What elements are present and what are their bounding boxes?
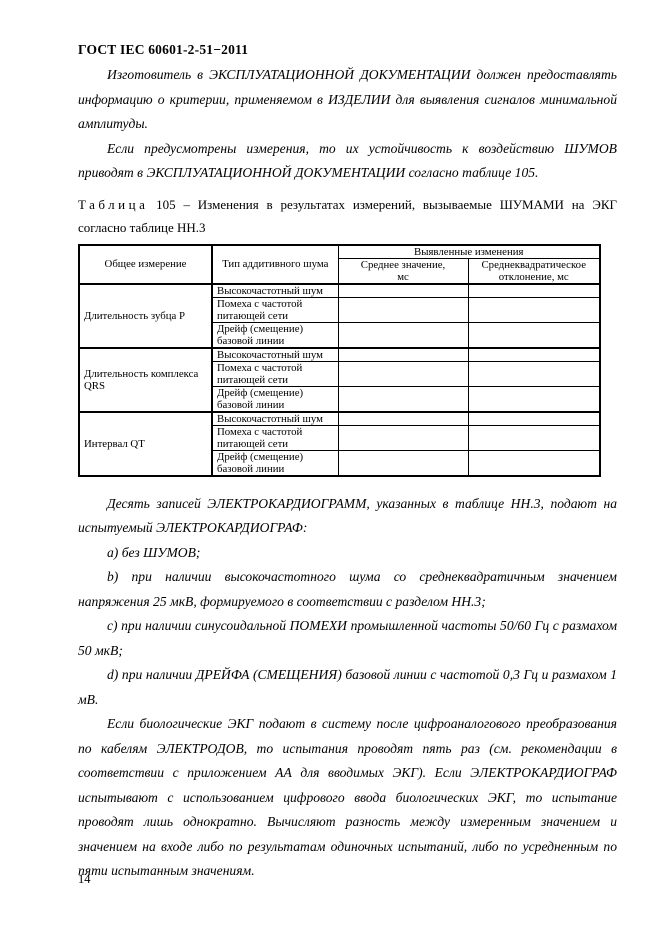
document-page: ГОСТ IEC 60601-2-51−2011 Изготовитель в … [0, 0, 661, 884]
mean-value-cell [338, 284, 468, 298]
list-item-b: b) при наличии высокочастотного шума со … [78, 565, 617, 614]
rms-value-cell [468, 284, 600, 298]
rms-value-cell [468, 361, 600, 386]
list-item-c: c) при наличии синусоидальной ПОМЕХИ про… [78, 614, 617, 663]
measurement-cell: Длительность комплекса QRS [79, 348, 212, 412]
rms-value-cell [468, 412, 600, 426]
header-measurement: Общее измерение [79, 245, 212, 284]
noise-type-cell: Высокочастотный шум [212, 412, 338, 426]
mean-value-cell [338, 450, 468, 476]
measurement-cell: Длительность зубца Р [79, 284, 212, 348]
paragraph: Если биологические ЭКГ подают в систему … [78, 712, 617, 884]
mean-value-cell [338, 361, 468, 386]
table-row: Длительность зубца Р Высокочастотный шум [79, 284, 600, 298]
page-number: 14 [78, 872, 91, 887]
noise-type-cell: Дрейф (смещение) базовой линии [212, 386, 338, 412]
table-caption: Таблица 105 – Изменения в результатах из… [78, 193, 617, 239]
list-item-a: a) без ШУМОВ; [78, 541, 617, 566]
procedure-section: Десять записей ЭЛЕКТРОКАРДИОГРАММ, указа… [78, 492, 617, 884]
rms-value-cell [468, 322, 600, 348]
table-group-qt: Интервал QT Высокочастотный шум Помеха с… [79, 412, 600, 476]
document-header: ГОСТ IEC 60601-2-51−2011 [78, 42, 617, 58]
header-changes-group: Выявленные изменения [338, 245, 600, 259]
rms-value-cell [468, 386, 600, 412]
rms-value-cell [468, 297, 600, 322]
noise-type-cell: Дрейф (смещение) базовой линии [212, 450, 338, 476]
rms-value-cell [468, 425, 600, 450]
mean-value-cell [338, 412, 468, 426]
mean-value-cell [338, 348, 468, 362]
list-item-d: d) при наличии ДРЕЙФА (СМЕЩЕНИЯ) базовой… [78, 663, 617, 712]
noise-type-cell: Помеха с частотой питающей сети [212, 361, 338, 386]
measurement-table: Общее измерение Тип аддитивного шума Выя… [78, 244, 601, 477]
table-row: Длительность комплекса QRS Высокочастотн… [79, 348, 600, 362]
mean-value-cell [338, 425, 468, 450]
paragraph: Изготовитель в ЭКСПЛУАТАЦИОННОЙ ДОКУМЕНТ… [78, 63, 617, 137]
mean-value-cell [338, 322, 468, 348]
measurement-cell: Интервал QT [79, 412, 212, 476]
mean-value-cell [338, 297, 468, 322]
table-caption-number: 105 [156, 197, 176, 212]
table-group-p-wave: Длительность зубца Р Высокочастотный шум… [79, 284, 600, 348]
noise-type-cell: Помеха с частотой питающей сети [212, 297, 338, 322]
header-mean: Среднее значение, мс [338, 258, 468, 284]
paragraph: Если предусмотрены измерения, то их усто… [78, 137, 617, 186]
header-noise-type: Тип аддитивного шума [212, 245, 338, 284]
table-row: Интервал QT Высокочастотный шум [79, 412, 600, 426]
table-caption-label: Таблица [78, 197, 148, 212]
table-group-qrs: Длительность комплекса QRS Высокочастотн… [79, 348, 600, 412]
rms-value-cell [468, 450, 600, 476]
header-rms: Среднеквадратическое отклонение, мс [468, 258, 600, 284]
noise-type-cell: Высокочастотный шум [212, 348, 338, 362]
table-header: Общее измерение Тип аддитивного шума Выя… [79, 245, 600, 284]
intro-section: Изготовитель в ЭКСПЛУАТАЦИОННОЙ ДОКУМЕНТ… [78, 63, 617, 186]
noise-type-cell: Высокочастотный шум [212, 284, 338, 298]
mean-value-cell [338, 386, 468, 412]
paragraph: Десять записей ЭЛЕКТРОКАРДИОГРАММ, указа… [78, 492, 617, 541]
rms-value-cell [468, 348, 600, 362]
noise-type-cell: Дрейф (смещение) базовой линии [212, 322, 338, 348]
noise-type-cell: Помеха с частотой питающей сети [212, 425, 338, 450]
